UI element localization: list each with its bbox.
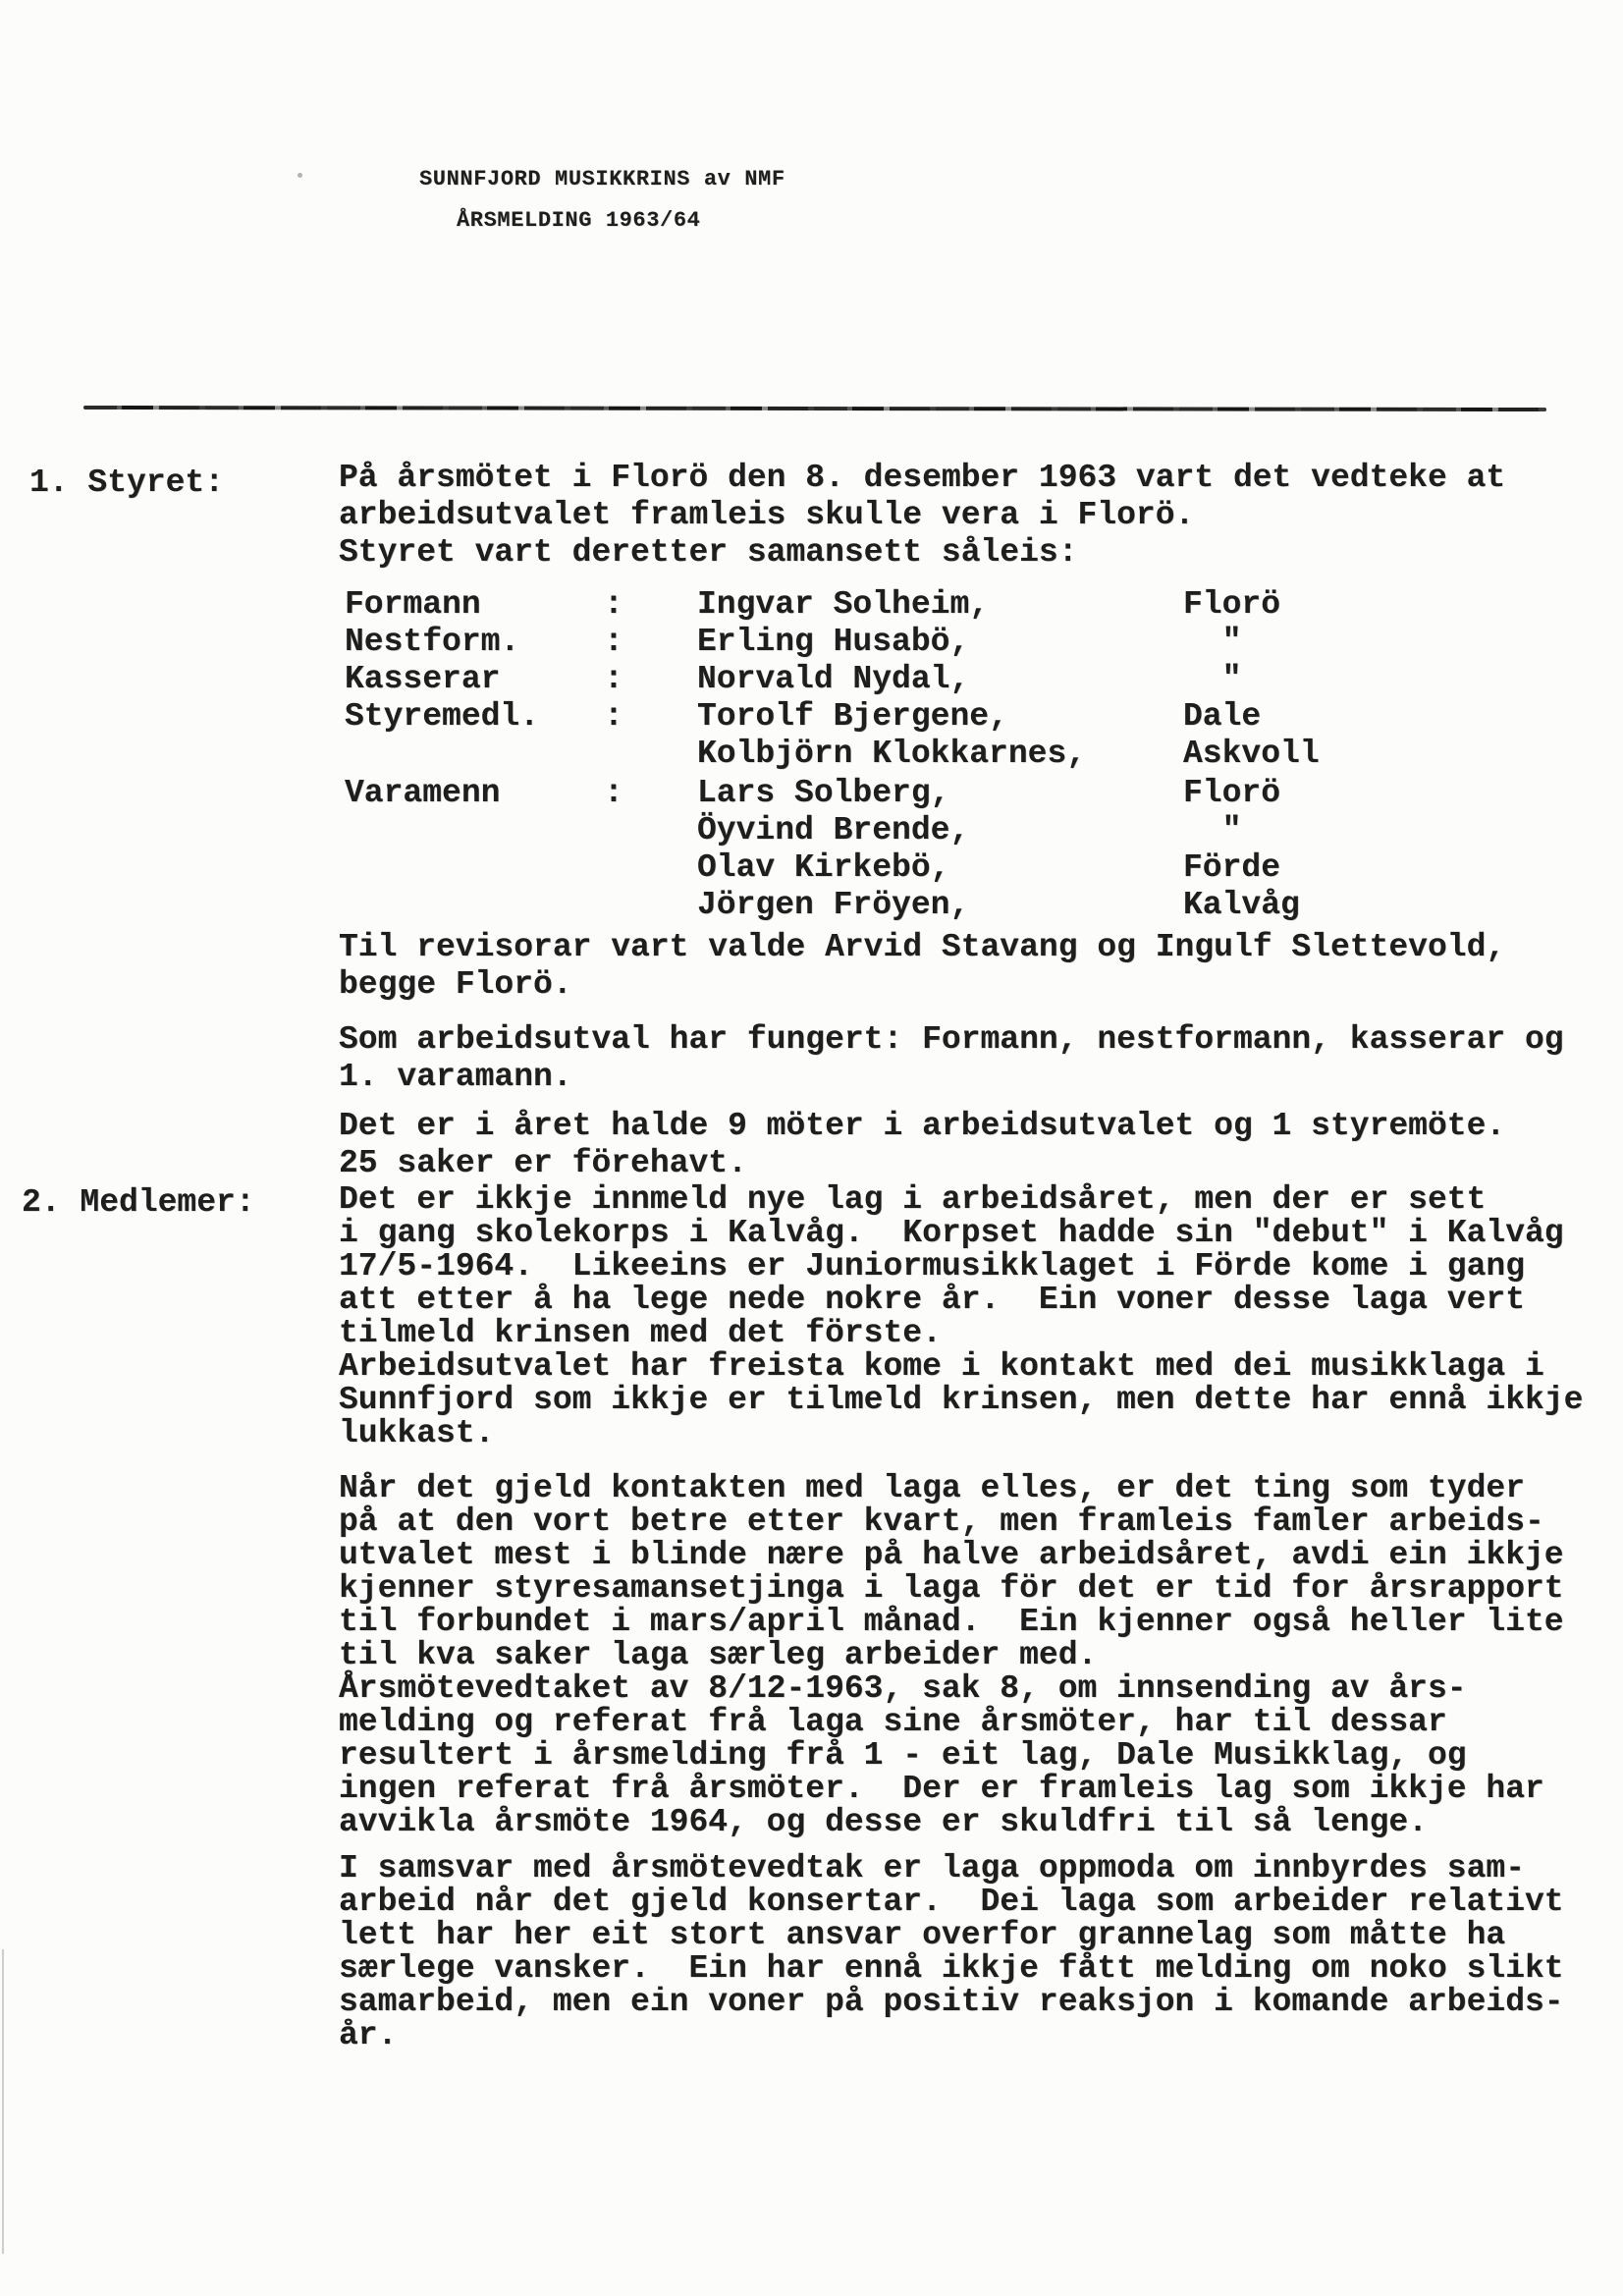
text-line: til forbundet i mars/april månad. Ein kj… (339, 1606, 1564, 1639)
text-line: Det er ikkje innmeld nye lag i arbeidsår… (339, 1183, 1583, 1217)
text-line: 25 saker er förehavt. (339, 1145, 1505, 1182)
board-colon-separator: : (604, 624, 623, 661)
section-label-styret: 1. Styret: (29, 465, 224, 502)
text-line: til kva saker laga særleg arbeider med. (339, 1639, 1564, 1672)
board-member-place: " (1183, 812, 1241, 849)
board-member-place: Dale (1183, 698, 1261, 736)
paragraph-nye-lag: Det er ikkje innmeld nye lag i arbeidsår… (339, 1183, 1583, 1450)
board-member-name: Jörgen Fröyen, (697, 887, 969, 924)
board-role-label: Varamenn (345, 775, 500, 812)
text-line: ingen referat frå årsmöter. Der er framl… (339, 1773, 1564, 1806)
text-line: 1. varamann. (339, 1059, 1564, 1096)
horizontal-rule (83, 406, 1546, 411)
text-line: 17/5-1964. Likeeins er Juniormusikklaget… (339, 1250, 1583, 1284)
board-member-name: Norvald Nydal, (697, 661, 969, 698)
text-line: år. (339, 2019, 1564, 2052)
document-subtitle: ÅRSMELDING 1963/64 (457, 208, 700, 233)
scanned-document-page: SUNNFJORD MUSIKKRINS av NMF ÅRSMELDING 1… (0, 0, 1623, 2296)
text-line: Når det gjeld kontakten med laga elles, … (339, 1472, 1564, 1505)
paragraph-moter: Det er i året halde 9 möter i arbeidsutv… (339, 1108, 1505, 1182)
paragraph-samarbeid: I samsvar med årsmötevedtak er laga oppm… (339, 1852, 1564, 2052)
board-member-name: Lars Solberg, (697, 775, 949, 812)
text-line: arbeidsutvalet framleis skulle vera i Fl… (339, 497, 1505, 534)
text-line: på at den vort betre etter kvart, men fr… (339, 1505, 1564, 1539)
board-member-name: Erling Husabö, (697, 624, 969, 661)
text-line: Styret vart deretter samansett såleis: (339, 534, 1505, 572)
section-label-medlemer: 2. Medlemer: (22, 1184, 255, 1222)
text-line: samarbeid, men ein voner på positiv reak… (339, 1986, 1564, 2019)
text-line: Som arbeidsutval har fungert: Formann, n… (339, 1021, 1564, 1059)
board-colon-separator: : (604, 698, 623, 736)
text-line: Til revisorar vart valde Arvid Stavang o… (339, 929, 1505, 966)
text-line: begge Florö. (339, 966, 1505, 1004)
scan-artifact-speck (298, 173, 302, 178)
text-line: i gang skolekorps i Kalvåg. Korpset hadd… (339, 1217, 1583, 1250)
text-line: kjenner styresamansetjinga i laga för de… (339, 1572, 1564, 1606)
board-role-label: Kasserar (345, 661, 500, 698)
board-role-label: Nestform. (345, 624, 519, 661)
paragraph-kontakten: Når det gjeld kontakten med laga elles, … (339, 1472, 1564, 1839)
board-member-place: " (1183, 624, 1241, 661)
text-line: utvalet mest i blinde nære på halve arbe… (339, 1539, 1564, 1572)
board-colon-separator: : (604, 775, 623, 812)
text-line: arbeid når det gjeld konsertar. Dei laga… (339, 1886, 1564, 1919)
text-line: I samsvar med årsmötevedtak er laga oppm… (339, 1852, 1564, 1886)
board-member-name: Olav Kirkebö, (697, 849, 949, 887)
text-line: melding og referat frå laga sine årsmöte… (339, 1706, 1564, 1739)
text-line: Det er i året halde 9 möter i arbeidsutv… (339, 1108, 1505, 1145)
board-colon-separator: : (604, 586, 623, 624)
board-member-place: Florö (1183, 586, 1280, 624)
board-member-place: Askvoll (1183, 736, 1320, 773)
text-line: På årsmötet i Florö den 8. desember 1963… (339, 460, 1505, 497)
board-member-name: Ingvar Solheim, (697, 586, 989, 624)
board-member-place: " (1183, 661, 1241, 698)
board-member-name: Öyvind Brende, (697, 812, 969, 849)
text-line: Årsmötevedtaket av 8/12-1963, sak 8, om … (339, 1672, 1564, 1706)
text-line: tilmeld krinsen med det förste. (339, 1317, 1583, 1350)
paragraph-arbeidsutval: Som arbeidsutval har fungert: Formann, n… (339, 1021, 1564, 1096)
board-colon-separator: : (604, 661, 623, 698)
text-line: lett har her eit stort ansvar overfor gr… (339, 1919, 1564, 1952)
text-line: Arbeidsutvalet har freista kome i kontak… (339, 1350, 1583, 1384)
text-line: att etter å ha lege nede nokre år. Ein v… (339, 1284, 1583, 1317)
board-member-name: Torolf Bjergene, (697, 698, 1008, 736)
text-line: særlege vansker. Ein har ennå ikkje fått… (339, 1952, 1564, 1986)
text-line: avvikla årsmöte 1964, og desse er skuldf… (339, 1806, 1564, 1839)
board-member-place: Florö (1183, 775, 1280, 812)
text-line: Sunnfjord som ikkje er tilmeld krinsen, … (339, 1384, 1583, 1417)
text-line: lukkast. (339, 1417, 1583, 1450)
board-member-place: Förde (1183, 849, 1280, 887)
board-member-name: Kolbjörn Klokkarnes, (697, 736, 1086, 773)
text-line: resultert i årsmelding frå 1 - eit lag, … (339, 1739, 1564, 1773)
board-member-place: Kalvåg (1183, 887, 1300, 924)
board-role-label: Formann (345, 586, 481, 624)
scan-artifact-edge-line (2, 1949, 4, 2254)
paragraph-styret-intro: På årsmötet i Florö den 8. desember 1963… (339, 460, 1505, 572)
document-title: SUNNFJORD MUSIKKRINS av NMF (419, 167, 785, 191)
paragraph-revisorar: Til revisorar vart valde Arvid Stavang o… (339, 929, 1505, 1004)
board-role-label: Styremedl. (345, 698, 539, 736)
